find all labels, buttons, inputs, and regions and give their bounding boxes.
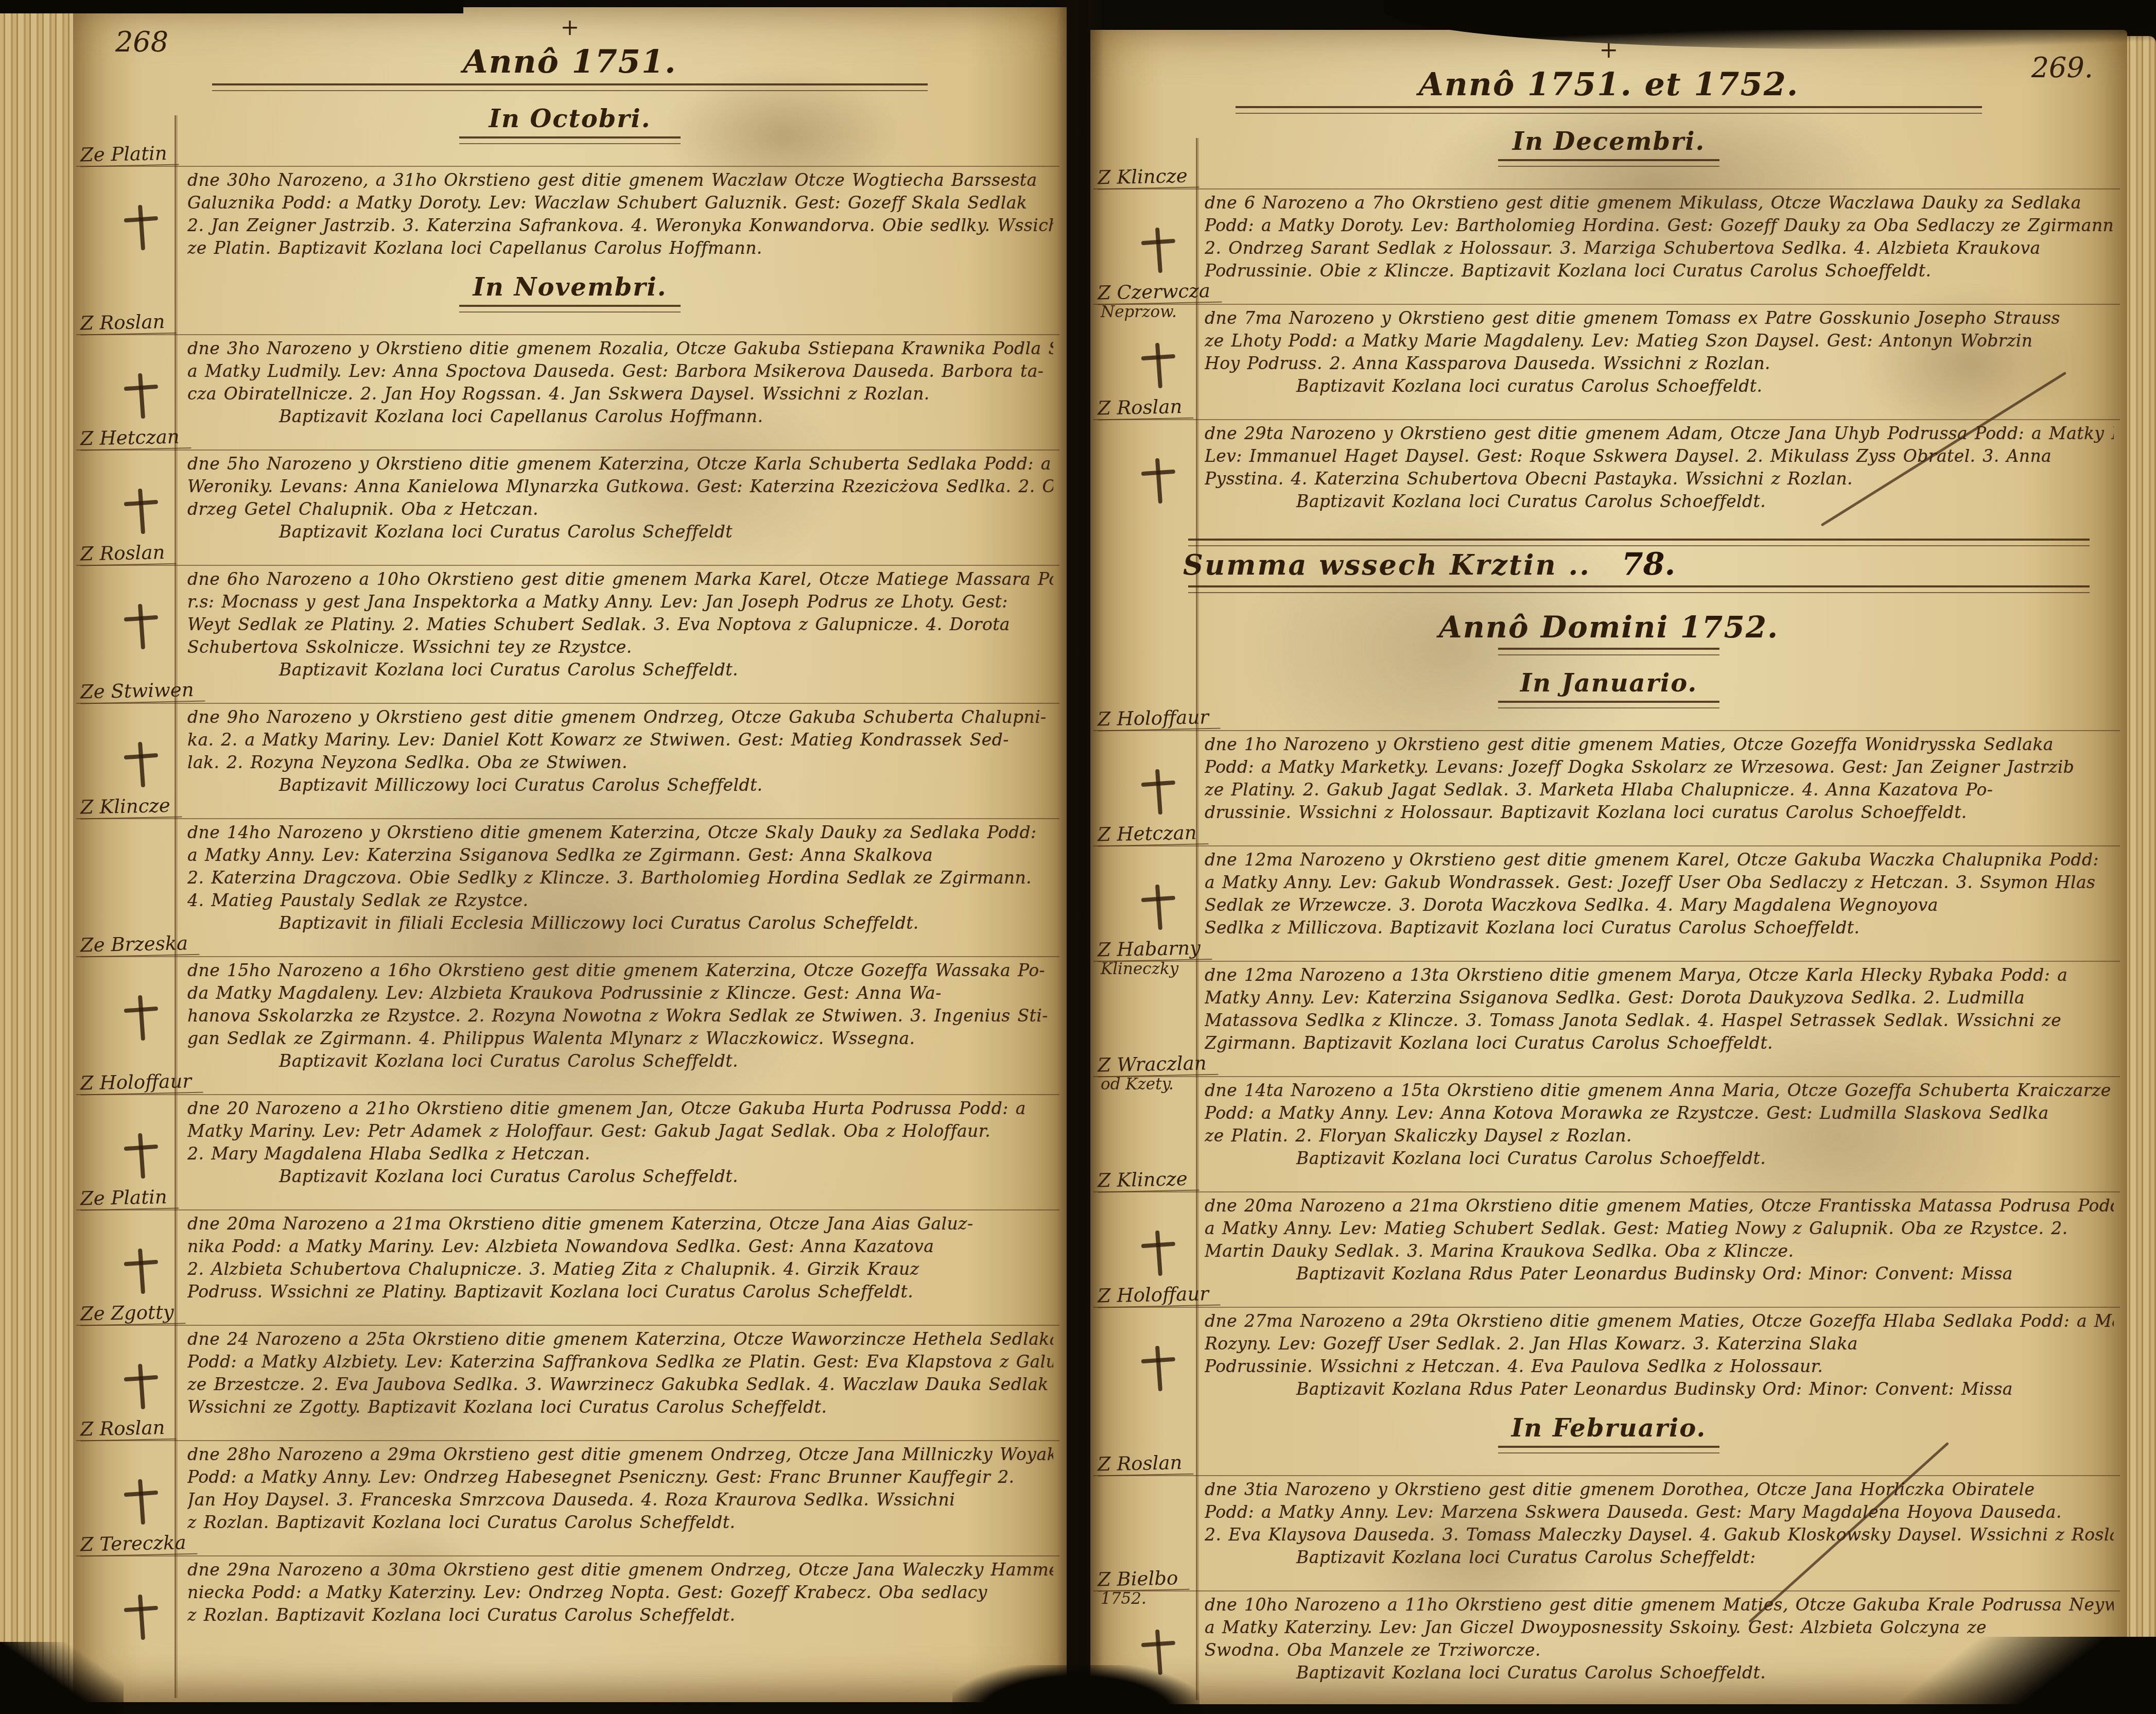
entry-line: ze Lhoty Podd: a Matky Marie Magdaleny. … xyxy=(1205,330,2114,352)
entry-line: Podrussinie. Wssichni z Hetczan. 4. Eva … xyxy=(1205,1355,2114,1378)
entry-line: dne 28ho Narozeno a 29ma Okrstieno gest … xyxy=(187,1443,1053,1466)
entry-line: 2. Eva Klaysova Dauseda. 3. Tomass Malec… xyxy=(1205,1523,2114,1546)
month-header: In Decembri. xyxy=(1512,127,1706,156)
baptism-entry: Ze Stwiwendne 9ho Narozeno y Okrstieno g… xyxy=(73,681,1067,797)
cross-icon xyxy=(122,741,161,789)
margin-place-label: Z Roslan xyxy=(1098,393,1273,419)
margin-place-label: Z Czerwcza xyxy=(1098,278,1273,304)
cross-icon xyxy=(1139,457,1178,505)
baptism-entry: Z HabarnyKlineczkydne 12ma Narozeno a 13… xyxy=(1090,939,2127,1054)
entry-line: drussinie. Wssichni z Holossaur. Baptiza… xyxy=(1205,801,2114,824)
entry-line: dne 3ho Narozeno y Okrstieno ditie gmene… xyxy=(187,337,1053,360)
entry-line: dne 7ma Narozeno y Okrstieno gest ditie … xyxy=(1205,307,2114,330)
margin-place-text: Z Klincze xyxy=(80,794,182,819)
entry-line: dne 20ma Narozeno a 21ma Okrstieno ditie… xyxy=(1205,1194,2114,1217)
cross-icon xyxy=(122,204,161,252)
entry-line: Baptizavit Kozlana loci Capellanus Carol… xyxy=(187,405,1053,428)
page-edges-left xyxy=(0,4,76,1701)
month-header: In Novembri. xyxy=(473,273,667,302)
margin-place-text: Ze Brzeska xyxy=(80,932,200,958)
entry-line: Podd: a Matky Anny. Lev: Marzena Sskwera… xyxy=(1205,1501,2114,1523)
entry-line: Zgirmann. Baptizavit Kozlana loci Curatu… xyxy=(1205,1032,2114,1054)
year-header: Annô Domini 1752. xyxy=(1439,610,1779,645)
margin-place-label: Z Roslan xyxy=(80,1414,256,1440)
margin-place-label: Z Bielbo xyxy=(1098,1565,1273,1590)
title-rule xyxy=(212,83,928,91)
margin-place-label: Ze Stwiwen xyxy=(80,677,256,703)
margin-place-text: Ze Stwiwen xyxy=(80,678,205,704)
cross-icon xyxy=(1139,768,1178,816)
entry-line: Baptizavit Kozlana loci Curatus Carolus … xyxy=(1205,1546,2114,1569)
left-page-body: In Octobri.Ze Platindne 30ho Narozeno, a… xyxy=(73,105,1067,1626)
cross-icon xyxy=(122,1363,161,1411)
margin-place-text: Z Czerwcza xyxy=(1098,280,1222,305)
entry-line: Schubertova Sskolnicze. Wssichni tey ze … xyxy=(187,636,1053,659)
left-title-block: + Annô 1751. xyxy=(73,7,1067,91)
header-rule xyxy=(1498,701,1719,708)
entry-line: Podrussinie. Obie z Klincze. Baptizavit … xyxy=(1205,259,2114,282)
summa-label: Summa wssech Krztin .. xyxy=(1183,548,1591,581)
margin-place-text: Z Hetczan xyxy=(80,425,192,451)
margin-place-label: Z Klincze xyxy=(80,792,256,818)
entry-line: dne 14ta Narozeno a 15ta Okrstieno ditie… xyxy=(1205,1079,2114,1102)
entry-line: a Matky Anny. Lev: Matieg Schubert Sedla… xyxy=(1205,1217,2114,1240)
cross-icon: + xyxy=(561,14,580,41)
margin-place-text: Z Habarny xyxy=(1098,937,1212,962)
entry-line: Rozyny. Lev: Gozeff User Sedlak. 2. Jan … xyxy=(1205,1332,2114,1355)
entry-line: Wssichni ze Zgotty. Baptizavit Kozlana l… xyxy=(187,1396,1053,1418)
entry-line: Matky Anny. Lev: Katerzina Ssiganova Sed… xyxy=(1205,986,2114,1009)
entry-line: Galuznika Podd: a Matky Doroty. Lev: Wac… xyxy=(187,192,1053,214)
cross-icon xyxy=(122,603,161,651)
month-row: In Februario. xyxy=(1090,1414,2127,1453)
header-rule xyxy=(1498,648,1719,655)
entry-line: Matky Mariny. Lev: Petr Adamek z Holoffa… xyxy=(187,1120,1053,1142)
year-row: Annô Domini 1752. xyxy=(1090,610,2127,655)
entry-line: dne 29ta Narozeno y Okrstieno gest ditie… xyxy=(1205,422,2114,445)
entry-line: 2. Alzbieta Schubertova Chalupnicze. 3. … xyxy=(187,1258,1053,1280)
entry-line: Podd: a Matky Marketky. Levans: Jozeff D… xyxy=(1205,756,2114,778)
entry-line: dne 12ma Narozeno y Okrstieno gest ditie… xyxy=(1205,849,2114,871)
baptism-entry: Z Roslandne 28ho Narozeno a 29ma Okrstie… xyxy=(73,1418,1067,1534)
month-header: In Octobri. xyxy=(489,105,651,133)
summa-rule-bottom xyxy=(1188,585,2090,593)
entry-line: Hoy Podruss. 2. Anna Kassparova Dauseda.… xyxy=(1205,352,2114,375)
book-spine-gutter xyxy=(1056,0,1104,1714)
cross-icon xyxy=(122,372,161,420)
header-rule xyxy=(459,136,681,144)
margin-place-label: Z Habarny xyxy=(1098,935,1273,961)
margin-place-label: Z Holoffaur xyxy=(80,1068,256,1094)
entry-line: a Matky Anny. Lev: Katerzina Ssiganova S… xyxy=(187,844,1053,867)
month-row: In Januario. xyxy=(1090,669,2127,708)
entry-line: ze Platin. 2. Floryan Skaliczky Daysel z… xyxy=(1205,1124,2114,1147)
margin-place-label: Z Wraczlan xyxy=(1098,1050,1273,1076)
baptism-entry: Z Hetczandne 5ho Narozeno y Okrstieno di… xyxy=(73,428,1067,543)
entry-line: Baptizavit Kozlana loci Curatus Carolus … xyxy=(187,659,1053,681)
margin-place-label: Z Holoffaur xyxy=(1098,1281,1273,1307)
entry-line: dne 10ho Narozeno a 11ho Okrstieno gest … xyxy=(1205,1594,2114,1616)
entry-line: Podruss. Wssichni ze Platiny. Baptizavit… xyxy=(187,1280,1053,1303)
margin-place-label: Ze Brzeska xyxy=(80,930,256,956)
margin-place-text: Z Roslan xyxy=(80,1416,177,1442)
manuscript-scan: { "ink_color": "#3b2512", "paper_color":… xyxy=(0,0,2156,1714)
entry-line: dne 20ma Narozeno a 21ma Okrstieno ditie… xyxy=(187,1213,1053,1235)
margin-place-label: Z Klincze xyxy=(1098,1166,1273,1191)
baptism-entry: Z Klinczedne 6 Narozeno a 7ho Okrstieno … xyxy=(1090,167,2127,282)
entry-line: Podd: a Matky Alzbiety. Lev: Katerzina S… xyxy=(187,1351,1053,1373)
margin-place-text: Z Tereczka xyxy=(80,1531,198,1557)
margin-place-text: Z Holoffaur xyxy=(1098,706,1221,732)
entry-line: a Matky Anny. Lev: Gakub Wondrassek. Ges… xyxy=(1205,871,2114,894)
entry-line: ze Platiny. 2. Gakub Jagat Sedlak. 3. Ma… xyxy=(1205,778,2114,801)
entry-line: dne 20 Narozeno a 21ho Okrstieno ditie g… xyxy=(187,1097,1053,1120)
margin-place-text: Z Holoffaur xyxy=(80,1070,203,1096)
entry-line: cza Obiratellnicze. 2. Jan Hoy Rogssan. … xyxy=(187,383,1053,405)
entry-line: dne 15ho Narozeno a 16ho Okrstieno gest … xyxy=(187,959,1053,982)
entry-line: dne 3tia Narozeno y Okrstieno gest ditie… xyxy=(1205,1478,2114,1501)
margin-place-label-2: Neprzow. xyxy=(1101,303,1177,321)
summa-row: Summa wssech Krztin ..78. xyxy=(1106,528,2122,596)
cross-icon xyxy=(1139,227,1178,274)
entry-line: Lev: Immanuel Haget Daysel. Gest: Roque … xyxy=(1205,445,2114,468)
margin-place-label-2: od Kzety. xyxy=(1101,1075,1174,1094)
cross-icon xyxy=(122,1248,161,1295)
baptism-entry: Z Holoffaurdne 20 Narozeno a 21ho Okrsti… xyxy=(73,1072,1067,1188)
entry-line: 2. Mary Magdalena Hlaba Sedlka z Hetczan… xyxy=(187,1142,1053,1165)
entry-line: Jan Hoy Daysel. 3. Franceska Smrzcova Da… xyxy=(187,1488,1053,1511)
entry-line: drzeg Getel Chalupnik. Oba z Hetczan. xyxy=(187,498,1053,521)
margin-place-text: Ze Zgotty xyxy=(80,1301,186,1326)
entry-line: 2. Katerzina Dragczova. Obie Sedlky z Kl… xyxy=(187,867,1053,889)
margin-place-label: Z Hetczan xyxy=(80,424,256,449)
cover-shadow-bottom-left xyxy=(0,1642,124,1714)
entry-line: ka. 2. a Matky Mariny. Lev: Daniel Kott … xyxy=(187,729,1053,751)
margin-place-text: Z Hetczan xyxy=(1098,821,1209,846)
baptism-entry: Z Wraczlanod Kzety.dne 14ta Narozeno a 1… xyxy=(1090,1054,2127,1170)
left-page-title: Annô 1751. xyxy=(463,43,676,80)
entry-line: dne 5ho Narozeno y Okrstieno ditie gmene… xyxy=(187,453,1053,475)
entry-line: Martin Dauky Sedlak. 3. Marina Kraukova … xyxy=(1205,1240,2114,1262)
entry-line: dne 12ma Narozeno a 13ta Okrstieno ditie… xyxy=(1205,964,2114,986)
cross-icon xyxy=(1139,1230,1178,1277)
entry-line: dne 14ho Narozeno y Okrstieno ditie gmen… xyxy=(187,821,1053,844)
right-page: 269. + Annô 1751. et 1752. In Decembri.Z… xyxy=(1090,30,2127,1704)
baptism-entry: Ze Platindne 20ma Narozeno a 21ma Okrsti… xyxy=(73,1188,1067,1303)
entry-line: hanova Sskolarzka ze Rzystce. 2. Rozyna … xyxy=(187,1005,1053,1027)
margin-place-label-2: Klineczky xyxy=(1101,960,1178,978)
entry-line: 4. Matieg Paustaly Sedlak ze Rzystce. xyxy=(187,889,1053,912)
entry-line: Baptizavit Kozlana loci Curatus Carolus … xyxy=(1205,1147,2114,1170)
baptism-entry: Ze Zgottydne 24 Narozeno a 25ta Okrstien… xyxy=(73,1303,1067,1418)
cross-icon xyxy=(122,488,161,535)
baptism-entry: Z Tereczkadne 29na Narozeno a 30ma Okrst… xyxy=(73,1534,1067,1626)
baptism-entry: Z Hetczandne 12ma Narozeno y Okrstieno g… xyxy=(1090,824,2127,939)
month-row: In Novembri. xyxy=(73,273,1067,313)
entry-line: r.s: Mocnass y gest Jana Inspektorka a M… xyxy=(187,591,1053,613)
margin-place-text: Z Roslan xyxy=(80,541,177,566)
margin-place-text: Z Klincze xyxy=(1098,164,1199,189)
baptism-entry: Z Holoffaurdne 1ho Narozeno y Okrstieno … xyxy=(1090,708,2127,824)
entry-line: dne 6 Narozeno a 7ho Okrstieno gest diti… xyxy=(1205,192,2114,214)
entry-line: a Matky Katerziny. Lev: Jan Giczel Dwoyp… xyxy=(1205,1616,2114,1639)
month-header: In Februario. xyxy=(1511,1414,1706,1443)
baptism-entry: Z Roslandne 3ho Narozeno y Okrstieno dit… xyxy=(73,313,1067,428)
margin-place-label-2: 1752. xyxy=(1101,1589,1146,1608)
entry-line: 2. Ondrzeg Sarant Sedlak z Holossaur. 3.… xyxy=(1205,237,2114,259)
entry-line: z Rozlan. Baptizavit Kozlana loci Curatu… xyxy=(187,1604,1053,1626)
title-rule xyxy=(1236,106,1982,114)
entry-line: dne 6ho Narozeno a 10ho Okrstieno gest d… xyxy=(187,568,1053,591)
baptism-entry: Z Roslandne 29ta Narozeno y Okrstieno ge… xyxy=(1090,397,2127,513)
entry-line: dne 1ho Narozeno y Okrstieno gest ditie … xyxy=(1205,733,2114,756)
entry-line: Podd: a Matky Anny. Lev: Anna Kotova Mor… xyxy=(1205,1102,2114,1124)
entry-line: Baptizavit Kozlana loci Curatus Carolus … xyxy=(187,1165,1053,1188)
entry-line: z Rozlan. Baptizavit Kozlana loci Curatu… xyxy=(187,1511,1053,1534)
header-rule xyxy=(1498,1446,1719,1453)
entry-line: Sedlka z Milliczova. Baptizavit Kozlana … xyxy=(1205,916,2114,939)
margin-place-label: Ze Zgotty xyxy=(80,1299,256,1325)
entry-line: dne 27ma Narozeno a 29ta Okrstieno ditie… xyxy=(1205,1310,2114,1332)
header-rule xyxy=(1498,159,1719,167)
baptism-entry: Z Roslandne 3tia Narozeno y Okrstieno ge… xyxy=(1090,1453,2127,1569)
entry-line: Weroniky. Levans: Anna Kanielowa Mlynarz… xyxy=(187,475,1053,498)
entry-line: Baptizavit Kozlana loci curatus Carolus … xyxy=(1205,375,2114,397)
entry-line: Podd: a Matky Anny. Lev: Ondrzeg Habeseg… xyxy=(187,1466,1053,1488)
entry-line: dne 9ho Narozeno y Okrstieno gest ditie … xyxy=(187,706,1053,729)
entry-line: ze Platin. Baptizavit Kozlana loci Capel… xyxy=(187,237,1053,259)
margin-place-text: Z Bielbo xyxy=(1098,1567,1190,1592)
entry-line: nika Podd: a Matky Mariny. Lev: Alzbieta… xyxy=(187,1235,1053,1258)
margin-place-text: Z Roslan xyxy=(1098,395,1194,421)
margin-place-text: Z Wraczlan xyxy=(1098,1052,1218,1078)
entry-line: 2. Jan Zeigner Jastrzib. 3. Katerzina Sa… xyxy=(187,214,1053,237)
margin-place-text: Z Holoffaur xyxy=(1098,1283,1221,1308)
entry-line: gan Sedlak ze Zgirmann. 4. Philippus Wal… xyxy=(187,1027,1053,1050)
summa-rule-top xyxy=(1188,539,2090,546)
entry-line: niecka Podd: a Matky Katerziny. Lev: Ond… xyxy=(187,1581,1053,1604)
margin-place-text: Ze Platin xyxy=(80,142,179,167)
cross-icon xyxy=(122,1132,161,1180)
cross-icon xyxy=(122,1594,161,1641)
entry-line: ze Brzestcze. 2. Eva Jaubova Sedlka. 3. … xyxy=(187,1373,1053,1396)
entry-line: da Matky Magdaleny. Lev: Alzbieta Krauko… xyxy=(187,982,1053,1005)
right-page-body: In Decembri.Z Klinczedne 6 Narozeno a 7h… xyxy=(1090,127,2127,1684)
cross-icon xyxy=(1139,884,1178,931)
cover-shadow-bottom-right xyxy=(1888,1637,2156,1714)
entry-line: a Matky Ludmily. Lev: Anna Spoctova Daus… xyxy=(187,360,1053,383)
margin-place-text: Z Roslan xyxy=(1098,1451,1194,1477)
entry-line: Baptizavit Kozlana loci Curatus Carolus … xyxy=(187,1050,1053,1072)
entry-line: dne 29na Narozeno a 30ma Okrstieno gest … xyxy=(187,1559,1053,1581)
month-row: In Decembri. xyxy=(1090,127,2127,167)
month-header: In Januario. xyxy=(1520,669,1697,698)
right-page-title: Annô 1751. et 1752. xyxy=(1419,65,1799,103)
entry-line: Baptizavit Kozlana loci Curatus Carolus … xyxy=(187,521,1053,543)
baptism-entry: Z CzerwczaNeprzow.dne 7ma Narozeno y Okr… xyxy=(1090,282,2127,397)
margin-place-label: Z Hetczan xyxy=(1098,820,1273,845)
cross-icon xyxy=(122,994,161,1042)
cross-icon xyxy=(1139,342,1178,390)
summa-value: 78. xyxy=(1591,546,1675,582)
cover-shadow-bottom-center xyxy=(952,1665,1199,1714)
baptism-entry: Z Holoffaurdne 27ma Narozeno a 29ta Okrs… xyxy=(1090,1285,2127,1400)
entry-line: dne 30ho Narozeno, a 31ho Okrstieno gest… xyxy=(187,169,1053,192)
entry-line: Pysstina. 4. Katerzina Schubertova Obecn… xyxy=(1205,468,2114,490)
entry-line: Podd: a Matky Doroty. Lev: Bartholomieg … xyxy=(1205,214,2114,237)
entry-line: Baptizavit Milliczowy loci Curatus Carol… xyxy=(187,774,1053,797)
entry-line: Matassova Sedlka z Klincze. 3. Tomass Ja… xyxy=(1205,1009,2114,1032)
baptism-entry: Z Klinczedne 20ma Narozeno a 21ma Okrsti… xyxy=(1090,1170,2127,1285)
baptism-entry: Ze Platindne 30ho Narozeno, a 31ho Okrst… xyxy=(73,144,1067,259)
entry-line: Baptizavit Kozlana loci Curatus Carolus … xyxy=(1205,490,2114,513)
header-rule xyxy=(459,305,681,313)
entry-line: Weyt Sedlak ze Platiny. 2. Maties Schube… xyxy=(187,613,1053,636)
margin-place-label: Z Tereczka xyxy=(80,1530,256,1555)
entry-line: Baptizavit Kozlana Rdus Pater Leonardus … xyxy=(1205,1262,2114,1285)
entry-line: Baptizavit Kozlana Rdus Pater Leonardus … xyxy=(1205,1378,2114,1400)
month-row: In Octobri. xyxy=(73,105,1067,144)
page-edges-right xyxy=(2125,36,2156,1693)
margin-place-text: Z Roslan xyxy=(80,310,177,336)
baptism-entry: Z Roslandne 6ho Narozeno a 10ho Okrstien… xyxy=(73,543,1067,681)
baptism-entry: Ze Brzeskadne 15ho Narozeno a 16ho Okrst… xyxy=(73,934,1067,1072)
baptism-entry: Z Klinczedne 14ho Narozeno y Okrstieno d… xyxy=(73,797,1067,934)
entry-line: dne 24 Narozeno a 25ta Okrstieno ditie g… xyxy=(187,1328,1053,1351)
cross-icon xyxy=(1139,1345,1178,1393)
margin-place-text: Ze Platin xyxy=(80,1186,179,1211)
left-page: 268 + Annô 1751. In Octobri.Ze Platindne… xyxy=(73,7,1067,1702)
cover-shadow-top-left xyxy=(0,0,463,13)
entry-line: Sedlak ze Wrzewcze. 3. Dorota Waczkova S… xyxy=(1205,894,2114,916)
entry-line: Baptizavit in filiali Ecclesia Milliczow… xyxy=(187,912,1053,934)
cross-icon xyxy=(122,1478,161,1526)
margin-place-label: Ze Platin xyxy=(80,1184,256,1209)
margin-place-label: Z Roslan xyxy=(80,539,256,565)
margin-place-text: Z Klincze xyxy=(1098,1167,1199,1192)
entry-line: lak. 2. Rozyna Neyzona Sedlka. Oba ze St… xyxy=(187,751,1053,774)
